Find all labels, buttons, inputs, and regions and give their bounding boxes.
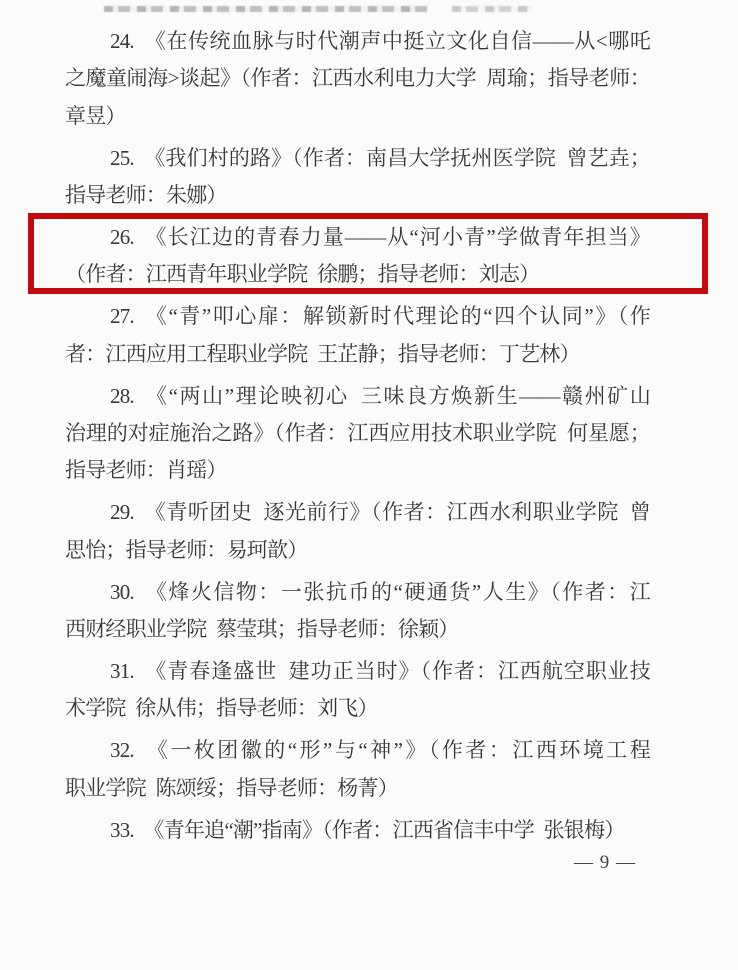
entry-25-line-2: 指导老师：朱娜） <box>65 177 650 214</box>
entry-27: 27. 《“青”叩心扉：解锁新时代理论的“四个认同”》（作者：江西应用工程职业学… <box>65 298 650 373</box>
entry-25-line-1: 25. 《我们村的路》（作者：南昌大学抚州医学院 曾艺垚； <box>65 140 650 177</box>
entry-28-line-2: 治理的对症施治之路》（作者：江西应用技术职业学院 何星愿； <box>65 415 650 452</box>
entry-24-line-1: 24. 《在传统血脉与时代潮声中挺立文化自信——从<哪吒 <box>65 23 650 60</box>
entry-31: 31. 《青春逢盛世 建功正当时》（作者：江西航空职业技术学院 徐从伟；指导老师… <box>65 653 650 728</box>
entry-30-line-1: 30. 《烽火信物：一张抗币的“硬通货”人生》（作者：江 <box>65 574 650 611</box>
entry-27-line-2: 者：江西应用工程职业学院 王芷静；指导老师：丁艺林） <box>65 336 650 373</box>
entry-25: 25. 《我们村的路》（作者：南昌大学抚州医学院 曾艺垚；指导老师：朱娜） <box>65 140 650 215</box>
entry-33-line-1: 33. 《青年追“潮”指南》（作者：江西省信丰中学 张银梅） <box>65 812 650 849</box>
entry-24-line-3: 章昱） <box>65 98 650 135</box>
page-number: — 9 — <box>65 852 650 874</box>
entry-28: 28. 《“两山”理论映初心 三味良方焕新生——赣州矿山治理的对症施治之路》（作… <box>65 378 650 490</box>
entry-32: 32. 《一枚团徽的“形”与“神”》（作者：江西环境工程职业学院 陈颂绥；指导老… <box>65 732 650 807</box>
entry-26-line-2: （作者：江西青年职业学院 徐鹏；指导老师：刘志） <box>65 256 650 293</box>
entry-24-line-2: 之魔童闹海>谈起》（作者：江西水利电力大学 周瑜；指导老师： <box>65 60 650 97</box>
document-page: 24. 《在传统血脉与时代潮声中挺立文化自信——从<哪吒之魔童闹海>谈起》（作者… <box>0 0 738 970</box>
scan-artifact-right <box>452 6 532 12</box>
entry-32-line-1: 32. 《一枚团徽的“形”与“神”》（作者：江西环境工程 <box>65 732 650 769</box>
entry-30-line-2: 西财经职业学院 蔡莹琪；指导老师：徐颖） <box>65 611 650 648</box>
entry-33: 33. 《青年追“潮”指南》（作者：江西省信丰中学 张银梅） <box>65 812 650 849</box>
scan-artifact-left <box>104 6 428 12</box>
entry-32-line-2: 职业学院 陈颂绥；指导老师：杨菁） <box>65 770 650 807</box>
entry-24: 24. 《在传统血脉与时代潮声中挺立文化自信——从<哪吒之魔童闹海>谈起》（作者… <box>65 23 650 135</box>
entry-27-line-1: 27. 《“青”叩心扉：解锁新时代理论的“四个认同”》（作 <box>65 298 650 335</box>
entry-28-line-1: 28. 《“两山”理论映初心 三味良方焕新生——赣州矿山 <box>65 378 650 415</box>
entry-26: 26. 《长江边的青春力量——从“河小青”学做青年担当》（作者：江西青年职业学院… <box>65 219 650 294</box>
entry-31-line-2: 术学院 徐从伟；指导老师：刘飞） <box>65 690 650 727</box>
entry-31-line-1: 31. 《青春逢盛世 建功正当时》（作者：江西航空职业技 <box>65 653 650 690</box>
entry-29-line-2: 思怡；指导老师：易珂歆） <box>65 532 650 569</box>
entry-29-line-1: 29. 《青听团史 逐光前行》（作者：江西水利职业学院 曾 <box>65 494 650 531</box>
entry-30: 30. 《烽火信物：一张抗币的“硬通货”人生》（作者：江西财经职业学院 蔡莹琪；… <box>65 574 650 649</box>
entry-26-line-1: 26. 《长江边的青春力量——从“河小青”学做青年担当》 <box>65 219 650 256</box>
entries-list: 24. 《在传统血脉与时代潮声中挺立文化自信——从<哪吒之魔童闹海>谈起》（作者… <box>65 23 650 849</box>
entry-29: 29. 《青听团史 逐光前行》（作者：江西水利职业学院 曾思怡；指导老师：易珂歆… <box>65 494 650 569</box>
entry-28-line-3: 指导老师：肖瑶） <box>65 452 650 489</box>
